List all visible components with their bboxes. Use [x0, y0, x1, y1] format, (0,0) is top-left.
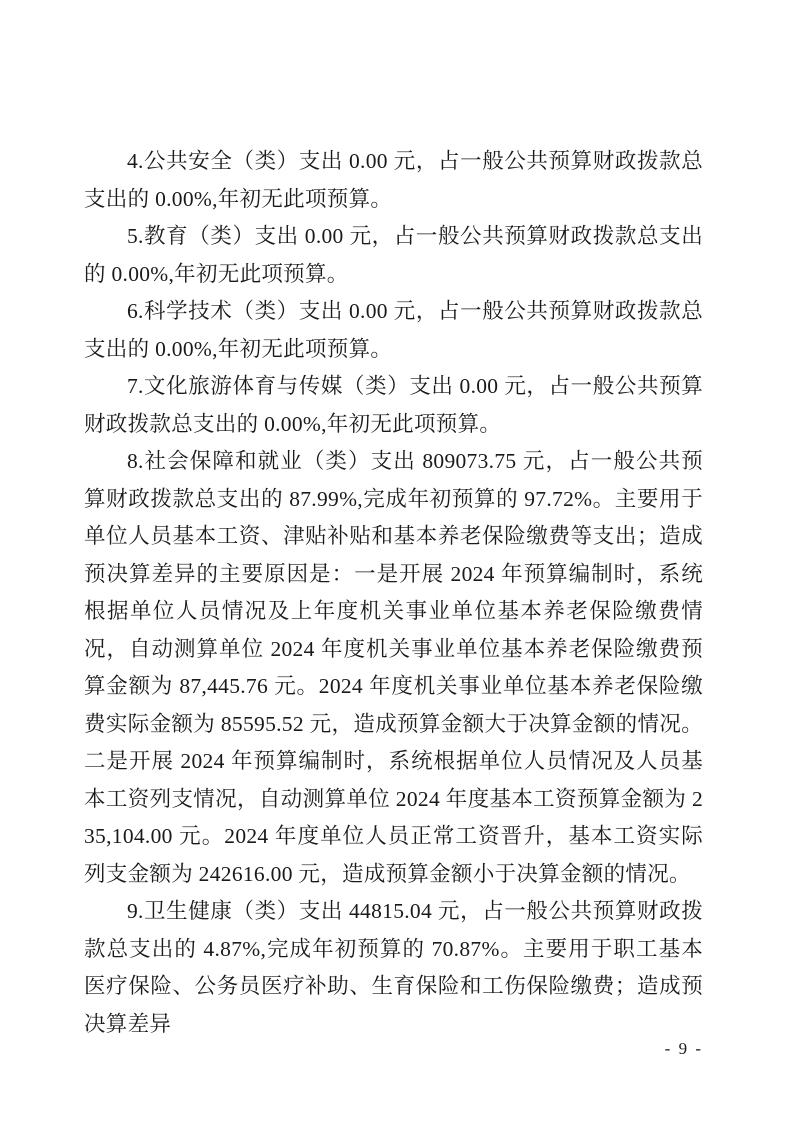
document-body: 4.公共安全（类）支出 0.00 元，占一般公共预算财政拨款总支出的 0.00%…	[84, 143, 703, 1043]
paragraph-social-security-employment: 8.社会保障和就业（类）支出 809073.75 元，占一般公共预算财政拨款总支…	[84, 443, 703, 893]
paragraph-health: 9.卫生健康（类）支出 44815.04 元，占一般公共预算财政拨款总支出的 4…	[84, 893, 703, 1043]
paragraph-public-safety: 4.公共安全（类）支出 0.00 元，占一般公共预算财政拨款总支出的 0.00%…	[84, 143, 703, 218]
paragraph-education: 5.教育（类）支出 0.00 元，占一般公共预算财政拨款总支出的 0.00%,年…	[84, 218, 703, 293]
page-number: - 9 -	[84, 1039, 703, 1059]
paragraph-science-technology: 6.科学技术（类）支出 0.00 元，占一般公共预算财政拨款总支出的 0.00%…	[84, 293, 703, 368]
paragraph-culture-tourism-media: 7.文化旅游体育与传媒（类）支出 0.00 元，占一般公共预算财政拨款总支出的 …	[84, 368, 703, 443]
document-page: 4.公共安全（类）支出 0.00 元，占一般公共预算财政拨款总支出的 0.00%…	[0, 0, 793, 1122]
